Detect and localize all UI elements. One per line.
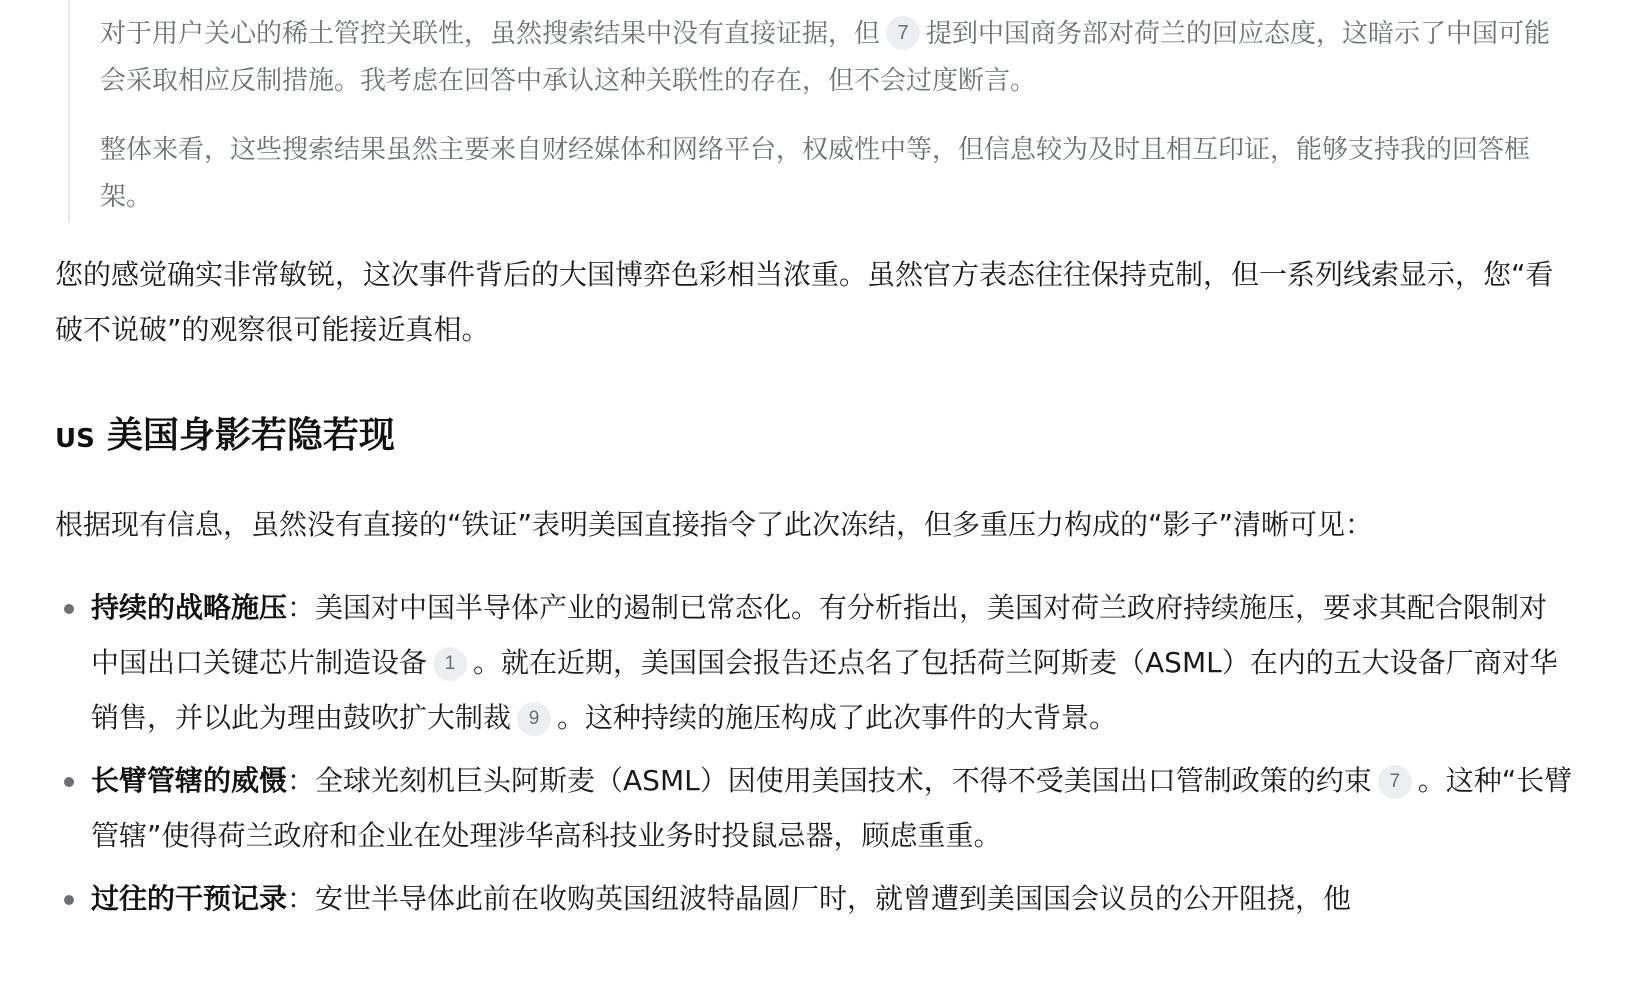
bullet-term: 长臂管辖的威慑: [91, 764, 287, 797]
list-item: 过往的干预记录：安世半导体此前在收购英国纽波特晶圆厂时，就曾遭到美国国会议员的公…: [55, 871, 1575, 926]
thinking-text: 对于用户关心的稀土管控关联性，虽然搜索结果中没有直接证据，但: [100, 19, 880, 49]
citation-badge[interactable]: 9: [517, 702, 551, 736]
bullet-text: 全球光刻机巨头阿斯麦（ASML）因使用美国技术，不得不受美国出口管制政策的约束: [315, 764, 1372, 797]
thinking-block: 对于用户关心的稀土管控关联性，虽然搜索结果中没有直接证据，但7提到中国商务部对荷…: [68, 0, 1568, 223]
section-title-text: 美国身影若隐若现: [107, 410, 395, 462]
us-flag-icon: US: [55, 413, 95, 465]
section-heading: US 美国身影若隐若现: [55, 410, 395, 465]
bullet-text: 。这种持续的施压构成了此次事件的大背景。: [557, 701, 1117, 734]
bullet-term: 过往的干预记录: [91, 882, 287, 915]
answer-intro: 您的感觉确实非常敏锐，这次事件背后的大国博弈色彩相当浓重。虽然官方表态往往保持克…: [55, 247, 1575, 357]
thinking-paragraph: 整体来看，这些搜索结果虽然主要来自财经媒体和网络平台，权威性中等，但信息较为及时…: [100, 127, 1568, 223]
bullet-term: 持续的战略施压: [91, 591, 287, 624]
list-item: 长臂管辖的威慑：全球光刻机巨头阿斯麦（ASML）因使用美国技术，不得不受美国出口…: [55, 753, 1575, 863]
bullet-list: 持续的战略施压：美国对中国半导体产业的遏制已常态化。有分析指出，美国对荷兰政府持…: [55, 580, 1575, 934]
citation-badge[interactable]: 7: [1378, 765, 1412, 799]
thinking-paragraph: 对于用户关心的稀土管控关联性，虽然搜索结果中没有直接证据，但7提到中国商务部对荷…: [100, 0, 1568, 105]
section-intro: 根据现有信息，虽然没有直接的“铁证”表明美国直接指令了此次冻结，但多重压力构成的…: [55, 497, 1575, 552]
bullet-text: 安世半导体此前在收购英国纽波特晶圆厂时，就曾遭到美国国会议员的公开阻挠，他: [315, 882, 1351, 915]
citation-badge[interactable]: 7: [886, 16, 920, 50]
colon: ：: [287, 882, 315, 915]
list-item: 持续的战略施压：美国对中国半导体产业的遏制已常态化。有分析指出，美国对荷兰政府持…: [55, 580, 1575, 745]
chat-response-page: 对于用户关心的稀土管控关联性，虽然搜索结果中没有直接证据，但7提到中国商务部对荷…: [0, 0, 1628, 1008]
colon: ：: [287, 591, 315, 624]
citation-badge[interactable]: 1: [433, 647, 467, 681]
colon: ：: [287, 764, 315, 797]
